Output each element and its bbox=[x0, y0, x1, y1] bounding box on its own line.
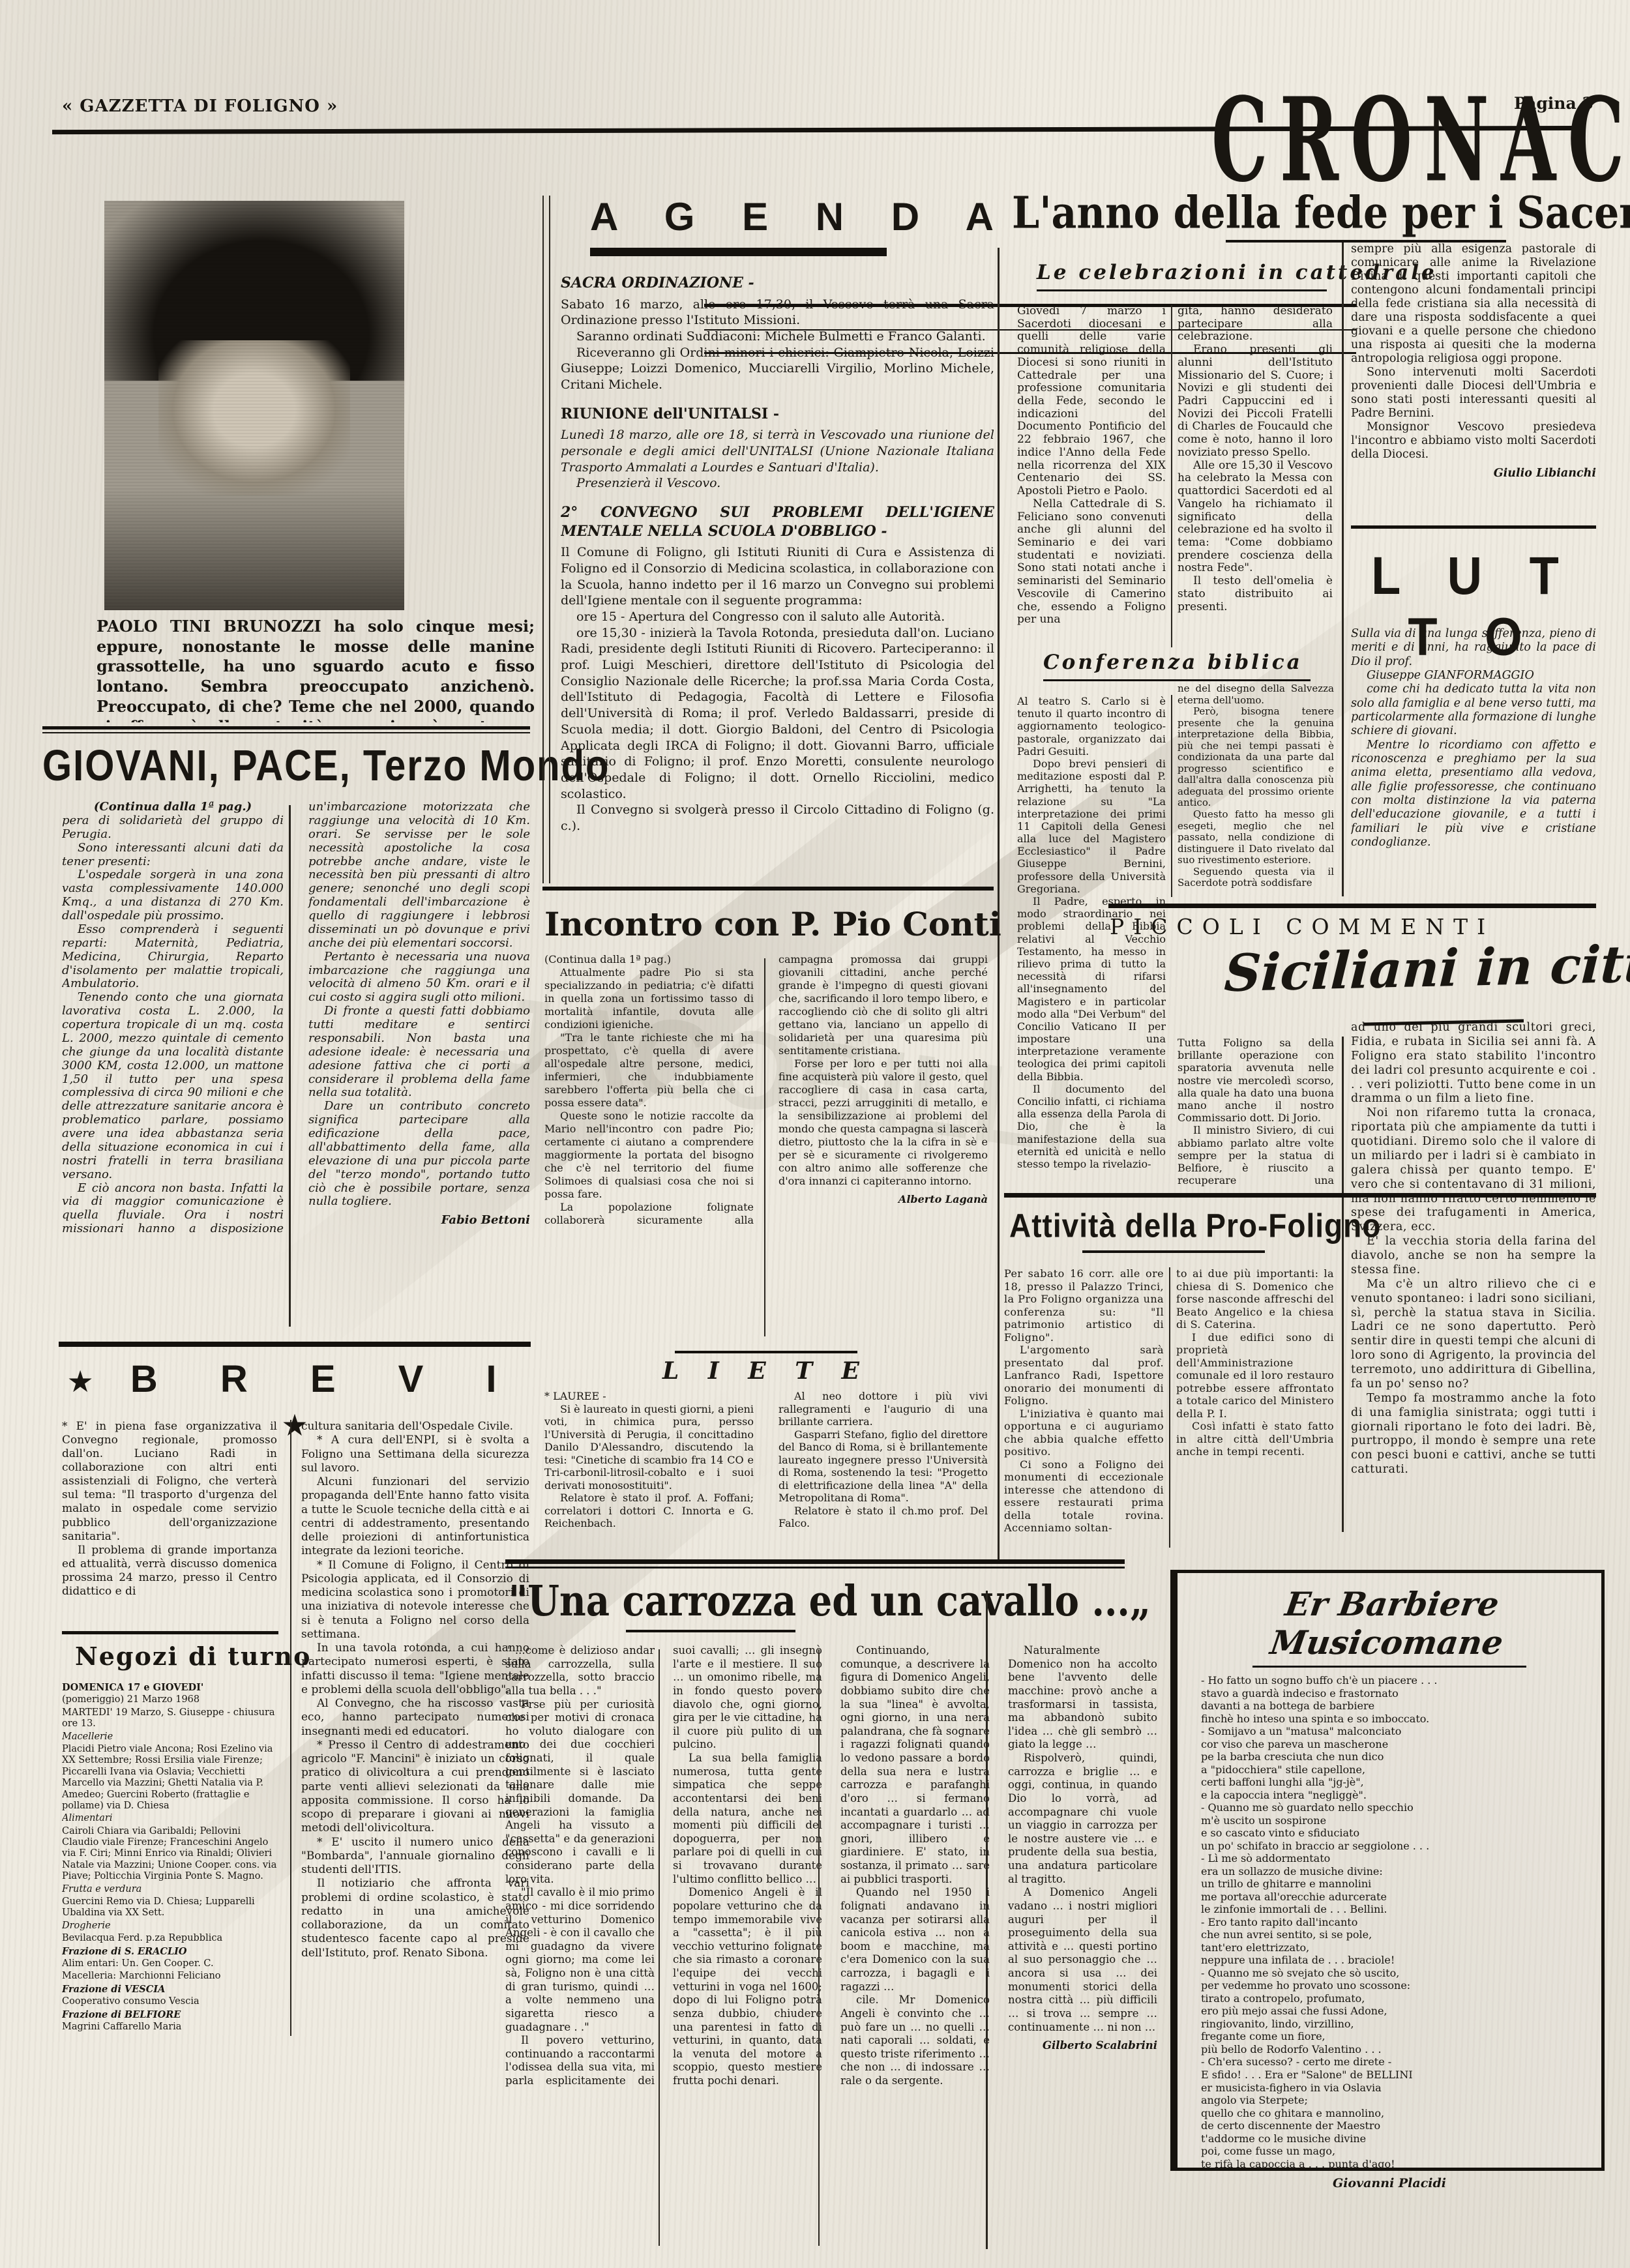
brevi-col2: cultura sanitaria dell'Ospedale Civile.*… bbox=[301, 1420, 529, 2038]
paragraph: Esso comprenderà i seguenti reparti: Mat… bbox=[62, 923, 284, 991]
paragraph: Si è laureato in questi giorni, a pieni … bbox=[544, 1403, 754, 1492]
profoligno-col1: Per sabato 16 corr. alle ore 18, presso … bbox=[1004, 1267, 1164, 1555]
paragraph: Pertanto è necessaria una nuova imbarcaz… bbox=[308, 950, 530, 1005]
paragraph: Alcuni funzionari del servizio propagand… bbox=[301, 1475, 529, 1559]
poem-line: per vedemme ho provato uno scossone: bbox=[1201, 1979, 1601, 1992]
baby-photo bbox=[104, 201, 404, 610]
barbiere-poem: - Ho fatto un sogno buffo ch'è un piacer… bbox=[1178, 1674, 1601, 2170]
poem-line: davanti a na bottega de barbiere bbox=[1201, 1700, 1601, 1713]
barbiere-box: Er Barbiere Musicomane - Ho fatto un sog… bbox=[1170, 1570, 1605, 2171]
paragraph: Attualmente padre Pio si sta specializza… bbox=[544, 966, 754, 1031]
paragraph: Il notiziario che affronta vari problemi… bbox=[301, 1877, 529, 1960]
column-rule bbox=[290, 1420, 291, 2036]
paragraph: Mentre lo ricordiamo con affetto e ricon… bbox=[1351, 739, 1596, 850]
paragraph: L'ospedale sorgerà in una zona vasta com… bbox=[62, 868, 284, 923]
column-rule bbox=[1171, 305, 1172, 647]
paragraph: Noi non rifaremo tutta la cronaca, ripor… bbox=[1351, 1106, 1596, 1235]
poem-line: m'è uscito un sospirone bbox=[1201, 1814, 1601, 1827]
incontro-article: (Continua dalla 1ª pag.)Attualmente padr… bbox=[544, 953, 988, 1344]
agenda-body: SACRA ORDINAZIONE - Sabato 16 marzo, all… bbox=[561, 274, 994, 881]
paragraph: Il documento del Concilio infatti, ci ri… bbox=[1017, 1083, 1166, 1170]
siciliani-headline: Siciliani in città bbox=[1223, 934, 1630, 1003]
paragraph: * Presso il Centro di addestramento agri… bbox=[301, 1739, 529, 1836]
paragraph: come chi ha dedicato tutta la vita non s… bbox=[1351, 683, 1596, 738]
paragraph: Gasparri Stefano, figlio del direttore d… bbox=[778, 1428, 988, 1505]
carrozza-rule bbox=[505, 1559, 1125, 1564]
paragraph: Tutta Foligno sa della brillante operazi… bbox=[1178, 1037, 1334, 1124]
paragraph: Relatore è stato il prof. A. Foffani; co… bbox=[544, 1492, 754, 1530]
poem-line: t'addorme co le musiche divine bbox=[1201, 2132, 1601, 2145]
poem-line: tant'ero elettrizzato, bbox=[1201, 1941, 1601, 1954]
paragraph: ad uno dei più grandi scultori greci, Fi… bbox=[1351, 1021, 1596, 1106]
column-rule bbox=[1342, 243, 1344, 896]
paragraph: Al Convegno, che ha riscosso vasta eco, … bbox=[301, 1697, 529, 1739]
incontro-body: (Continua dalla 1ª pag.)Attualmente padr… bbox=[544, 953, 988, 1227]
paragraph: Tenendo conto che una giornata lavorativ… bbox=[62, 991, 284, 1181]
profoligno-rule bbox=[1004, 1193, 1596, 1198]
paragraph: Dare un contributo concreto significa pa… bbox=[308, 1100, 530, 1209]
agenda-title: A G E N D A bbox=[590, 194, 1012, 239]
liete-body: * LAUREE -Si è laureato in questi giorni… bbox=[544, 1390, 988, 1552]
fede-col3-text: sempre più alla esigenza pastorale di co… bbox=[1351, 243, 1596, 462]
paragraph: Sono interessanti alcuni dati da tener p… bbox=[62, 842, 284, 869]
paragraph: Però, bisogna tenere presente che la gen… bbox=[1178, 706, 1334, 809]
brevi-rule bbox=[59, 1342, 531, 1347]
carrozza-rule bbox=[505, 1567, 1125, 1568]
poem-line: - Quanno me sò guardato nello specchio bbox=[1201, 1801, 1601, 1814]
giovani-headline: GIOVANI, PACE, Terzo Mondo bbox=[42, 741, 610, 791]
paragraph: Erano presenti gli alunni dell'Istituto … bbox=[1178, 344, 1333, 459]
negozi-row: Magrini Caffarello Maria bbox=[62, 2022, 278, 2033]
column-rule bbox=[289, 805, 291, 1327]
negozi-row: Alimentari bbox=[62, 1813, 278, 1824]
liete-text: * LAUREE -Si è laureato in questi giorni… bbox=[544, 1390, 988, 1552]
agenda-item-body: Il Comune di Foligno, gli Istituti Riuni… bbox=[561, 544, 994, 834]
paragraph: Sono intervenuti molti Sacerdoti proveni… bbox=[1351, 366, 1596, 420]
negozi-row: (pomeriggio) 21 Marzo 1968 bbox=[62, 1694, 278, 1705]
paragraph: * A cura dell'ENPI, si è svolta a Folign… bbox=[301, 1434, 529, 1475]
agenda-underline bbox=[590, 248, 887, 256]
paragraph: Giovedì 7 marzo i Sacerdoti diocesani e … bbox=[1017, 305, 1166, 498]
barbiere-title: Er Barbiere Musicomane bbox=[1172, 1585, 1607, 1662]
profoligno-headline: Attività della Pro-Foligno bbox=[1009, 1206, 1381, 1244]
paragraph: Relatore è stato il ch.mo prof. Del Falc… bbox=[778, 1505, 988, 1530]
paragraph: * E' uscito il numero unico della "Bomba… bbox=[301, 1836, 529, 1878]
fede-col3: sempre più alla esigenza pastorale di co… bbox=[1351, 243, 1596, 522]
negozi-row: DOMENICA 17 e GIOVEDI' bbox=[62, 1682, 278, 1693]
poem-line: le zinfonie immortali de . . . Bellini. bbox=[1201, 1903, 1601, 1916]
poem-line: te rifà la capoccia a . . . punta d'ago! bbox=[1201, 2158, 1601, 2170]
continuation-note: (Continua dalla 1ª pag.) bbox=[62, 801, 284, 814]
column-rule bbox=[549, 196, 550, 883]
column-rule bbox=[986, 1591, 988, 2249]
poem-line: - Quanno me sò svejato che sò uscito, bbox=[1201, 1967, 1601, 1980]
paragraph: Il problema di grande importanza ed attu… bbox=[62, 1544, 277, 1598]
negozi-row: Macellerie bbox=[62, 1731, 278, 1743]
paragraph: Sabato 16 marzo, alle ore 17,30, il Vesc… bbox=[561, 297, 994, 329]
liete-rule bbox=[675, 1351, 857, 1353]
paragraph: * E' in piena fase organizzativa il Conv… bbox=[62, 1420, 277, 1544]
poem-line: stavo a guardà indeciso e frastornato bbox=[1201, 1687, 1601, 1700]
conferenza-col2: ne del disegno della Salvezza eterna del… bbox=[1178, 683, 1334, 898]
poem-line: che nun avrei sentito, si se pole, bbox=[1201, 1928, 1601, 1941]
paragraph: Al neo dottore i più vivi rallegramenti … bbox=[778, 1390, 988, 1428]
paragraph: sempre più alla esigenza pastorale di co… bbox=[1351, 243, 1596, 366]
negozi-row: Macelleria: Marchionni Feliciano bbox=[62, 1971, 278, 1982]
poem-line: - Lì me sò addormentato bbox=[1201, 1852, 1601, 1865]
poem-line: er musicista-fighero in via Oslavia bbox=[1201, 2082, 1601, 2095]
paragraph: Questo fatto ha messo gli esegeti, megli… bbox=[1178, 809, 1334, 866]
carrozza-body: " ...come è delizioso andar sulla carroz… bbox=[505, 1644, 1157, 2088]
paragraph: Queste sono le notizie raccolte da Mario… bbox=[544, 1110, 754, 1201]
column-rule bbox=[542, 196, 544, 883]
agenda-item-head: RIUNIONE dell'UNITALSI - bbox=[561, 405, 994, 424]
poem-line: neppure una infilata de . . . braciole! bbox=[1201, 1954, 1601, 1967]
paragraph: A Domenico Angeli vadano … i nostri migl… bbox=[1008, 1886, 1157, 2034]
poem-line: finchè ho inteso una spinta e so imbocca… bbox=[1201, 1713, 1601, 1726]
paragraph: La sua bella famiglia numerosa, tutta ge… bbox=[673, 1752, 822, 1886]
poem-line: ringiovanito, lindo, virzillino, bbox=[1201, 2018, 1601, 2031]
paragraph: Così infatti è stato fatto in altre citt… bbox=[1176, 1420, 1334, 1458]
poem-line: E sfido! . . . Era er "Salone" de BELLIN… bbox=[1201, 2069, 1601, 2082]
lutto-rule bbox=[1351, 525, 1596, 529]
paragraph: Per sabato 16 corr. alle ore 18, presso … bbox=[1004, 1267, 1164, 1344]
paragraph: Il Comune di Foligno, gli Istituti Riuni… bbox=[561, 544, 994, 609]
poem-line: era un sollazzo de musiche divine: bbox=[1201, 1865, 1601, 1878]
siciliani-colB: ad uno dei più grandi scultori greci, Fi… bbox=[1351, 1021, 1596, 1536]
paragraph: "Tra le tante richieste che mi ha prospe… bbox=[544, 1031, 754, 1110]
paragraph: (Continua dalla 1ª pag.) bbox=[544, 953, 754, 966]
masthead: « GAZZETTA DI FOLIGNO » bbox=[62, 96, 338, 116]
paragraph: gita, hanno desiderato partecipare alla … bbox=[1178, 305, 1333, 344]
paragraph: Forse per loro e per tutti noi alla fine… bbox=[778, 1057, 988, 1188]
paragraph: Monsignor Vescovo presiedeva l'incontro … bbox=[1351, 420, 1596, 462]
negozi-list: DOMENICA 17 e GIOVEDI'(pomeriggio) 21 Ma… bbox=[62, 1682, 278, 2059]
poem-line: più bello de Rodorfo Valentino . . . bbox=[1201, 2043, 1601, 2056]
paragraph: Di fronte a questi fatti dobbiamo tutti … bbox=[308, 1005, 530, 1100]
piccoli-rule bbox=[1108, 904, 1596, 908]
poem-line: certi baffoni lunghi alla "jg-jè", bbox=[1201, 1776, 1601, 1789]
paragraph: Seguendo questa via il Sacerdote potrà s… bbox=[1178, 866, 1334, 889]
paragraph: Quando nel 1950 i folignati andavano in … bbox=[840, 1886, 990, 1994]
poem-line: me portava all'orecchie adurcerate bbox=[1201, 1891, 1601, 1904]
fede-subhead-rule bbox=[1037, 289, 1327, 291]
paragraph: Alle ore 15,30 il Vescovo ha celebrato l… bbox=[1178, 460, 1333, 575]
carrozza-underline bbox=[626, 1630, 795, 1632]
agenda-item-body: Sabato 16 marzo, alle ore 17,30, il Vesc… bbox=[561, 297, 994, 393]
brevi-title: B R E V I bbox=[130, 1358, 523, 1400]
poem-line: - Somijavo a un "matusa" malconciato bbox=[1201, 1725, 1601, 1738]
agenda-item-head: SACRA ORDINAZIONE - bbox=[561, 274, 994, 293]
poem-line: e so cascato vinto e sfiduciato bbox=[1201, 1827, 1601, 1840]
negozi-row: Drogherie bbox=[62, 1921, 278, 1932]
column-rule bbox=[1169, 1267, 1170, 1548]
paragraph: L'argomento sarà presentato dal prof. La… bbox=[1004, 1344, 1164, 1407]
poem-line: tirato a contropelo, profumato, bbox=[1201, 1992, 1601, 2005]
paragraph: Saranno ordinati Suddiaconi: Michele Bul… bbox=[561, 329, 994, 345]
liete-title: L I E T E bbox=[544, 1357, 988, 1385]
paragraph: Riceveranno gli Ordini minori i chierici… bbox=[561, 345, 994, 393]
profoligno-underline bbox=[1082, 1250, 1265, 1253]
paragraph: Ci sono a Foligno dei monumenti di eccez… bbox=[1004, 1458, 1164, 1535]
profoligno-col2: to ai due più importanti: la chiesa di S… bbox=[1176, 1267, 1334, 1555]
agenda-item-head: 2° CONVEGNO SUI PROBLEMI DELL'IGIENE MEN… bbox=[561, 503, 994, 540]
carrozza-headline: "Una carrozza ed un cavallo ...„ bbox=[509, 1576, 1151, 1626]
paragraph: ore 15 - Apertura del Congresso con il s… bbox=[561, 609, 994, 625]
giovani-body: pera di solidarietà del gruppo di Perugi… bbox=[62, 801, 530, 1236]
agenda-item-body: Lunedì 18 marzo, alle ore 18, si terrà i… bbox=[561, 427, 994, 492]
paragraph: E' la vecchia storia della farina del di… bbox=[1351, 1235, 1596, 1278]
piccoli-head: PICCOLI COMMENTI bbox=[1110, 914, 1494, 939]
column-rule bbox=[818, 1649, 820, 2246]
barbiere-title-rule bbox=[1252, 1666, 1526, 1668]
photo-caption: PAOLO TINI BRUNOZZI ha solo cinque mesi;… bbox=[96, 617, 535, 722]
poem-line: e la capoccia intera "negliggè". bbox=[1201, 1789, 1601, 1802]
negozi-row: Guercini Remo via D. Chiesa; Lupparelli … bbox=[62, 1896, 278, 1919]
star-icon: ★ bbox=[67, 1364, 93, 1399]
negozi-row: Bevilacqua Ferd. p.za Repubblica bbox=[62, 1933, 278, 1944]
section-rule bbox=[42, 726, 530, 729]
paragraph: Tempo fa mostrammo anche la foto di una … bbox=[1351, 1392, 1596, 1477]
photo-grain bbox=[104, 201, 404, 610]
conferenza-subhead: Conferenza biblica bbox=[1043, 651, 1303, 674]
paragraph: Naturalmente Domenico non ha accolto ben… bbox=[1008, 1644, 1157, 1752]
paragraph: " ...come è delizioso andar sulla carroz… bbox=[505, 1644, 655, 1698]
paragraph: Frse più per curiosità che per motivi di… bbox=[505, 1698, 655, 1887]
poem-line: angolo via Sterpete; bbox=[1201, 2094, 1601, 2107]
paragraph: ore 15,30 - inizierà la Tavola Rotonda, … bbox=[561, 625, 994, 803]
paragraph: to ai due più importanti: la chiesa di S… bbox=[1176, 1267, 1334, 1331]
incontro-rule bbox=[542, 887, 994, 891]
poem-line: cor viso che pareva un mascherone bbox=[1201, 1738, 1601, 1751]
poem-line: ero più mejo assai che fussi Adone, bbox=[1201, 2005, 1601, 2018]
column-rule bbox=[1342, 1037, 1344, 1532]
barbiere-byline: Giovanni Placidi bbox=[1178, 2176, 1601, 2190]
negozi-row: Frazione di BELFIORE bbox=[62, 2009, 278, 2020]
poem-line: - Ho fatto un sogno buffo ch'è un piacer… bbox=[1201, 1674, 1601, 1687]
carrozza-byline: Gilberto Scalabrini bbox=[1008, 2039, 1157, 2053]
poem-line: quello che co ghitara e mannolino, bbox=[1201, 2107, 1601, 2120]
paragraph: Domenico Angeli è il popolare vetturino … bbox=[673, 1886, 822, 2087]
brevi-col1: * E' in piena fase organizzativa il Conv… bbox=[62, 1420, 277, 1627]
fede-headline: L'anno della fede per i Sacerdoti bbox=[1012, 188, 1630, 239]
paragraph: cultura sanitaria dell'Ospedale Civile. bbox=[301, 1420, 529, 1434]
paragraph: In una tavola rotonda, a cui hanno parte… bbox=[301, 1642, 529, 1697]
poem-line: a "pidocchiera" stile capellone, bbox=[1201, 1763, 1601, 1776]
poem-line: fregante come un fiore, bbox=[1201, 2030, 1601, 2043]
section-rule bbox=[42, 732, 530, 733]
paragraph: Sulla via di una lunga sofferenza, pieno… bbox=[1351, 627, 1596, 669]
paragraph: Il Convegno si svolgerà presso il Circol… bbox=[561, 802, 994, 834]
paragraph: Ma c'è un altro rilievo che ci e venuto … bbox=[1351, 1278, 1596, 1392]
siciliani-colA: Tutta Foligno sa della brillante operazi… bbox=[1178, 1037, 1334, 1188]
paragraph: Lunedì 18 marzo, alle ore 18, si terrà i… bbox=[561, 427, 994, 475]
poem-line: - Ch'era sucesso? - certo me direte - bbox=[1201, 2055, 1601, 2069]
column-rule bbox=[659, 1649, 660, 2246]
negozi-row: Frazione di VESCIA bbox=[62, 1984, 278, 1995]
conferenza-subhead-rule bbox=[1043, 679, 1311, 681]
fede-col1: Giovedì 7 marzo i Sacerdoti diocesani e … bbox=[1017, 305, 1166, 649]
giovani-byline: Fabio Bettoni bbox=[308, 1214, 530, 1228]
negozi-row: Cooperativo consumo Vescia bbox=[62, 1996, 278, 2007]
paragraph: Giuseppe GIANFORMAGGIO bbox=[1351, 669, 1596, 683]
negozi-row: Frutta e verdura bbox=[62, 1884, 278, 1895]
paragraph: Rispolverò, quindi, carrozza e briglie …… bbox=[1008, 1752, 1157, 1886]
paragraph: L'iniziativa è quanto mai opportuna e ci… bbox=[1004, 1407, 1164, 1458]
paragraph: Il testo dell'omelia è stato distribuito… bbox=[1178, 575, 1333, 613]
negozi-row: Placidi Pietro viale Ancona; Rosi Ezelin… bbox=[62, 1744, 278, 1812]
negozi-rule bbox=[62, 1631, 278, 1634]
giovani-article: (Continua dalla 1ª pag.) pera di solidar… bbox=[62, 801, 530, 1334]
paragraph: I due edifici sono di proprietà dell'Amm… bbox=[1176, 1331, 1334, 1421]
negozi-row: MARTEDI' 19 Marzo, S. Giuseppe - chiusur… bbox=[62, 1707, 278, 1730]
negozi-title: Negozi di turno bbox=[75, 1642, 311, 1671]
poem-line: pe la barba cresciuta che nun dico bbox=[1201, 1750, 1601, 1763]
incontro-headline: Incontro con P. Pio Conti bbox=[544, 905, 988, 943]
paragraph: Dopo brevi pensieri di meditazione espos… bbox=[1017, 758, 1166, 895]
poem-line: de certo discennente der Maestro bbox=[1201, 2119, 1601, 2132]
incontro-byline: Alberto Laganà bbox=[778, 1193, 988, 1206]
negozi-row: Frazione di S. ERACLIO bbox=[62, 1946, 278, 1957]
negozi-row: Cairoli Chiara via Garibaldi; Pellovini … bbox=[62, 1826, 278, 1883]
paragraph: Continuando, comunque, a descrivere la f… bbox=[840, 1644, 990, 1886]
poem-line: un trillo de ghitarre e mannolini bbox=[1201, 1878, 1601, 1891]
poem-line: poi, come fusse un mago, bbox=[1201, 2145, 1601, 2158]
paragraph: Nella Cattedrale di S. Feliciano sono co… bbox=[1017, 498, 1166, 626]
poem-line: - Ero tanto rapito dall'incanto bbox=[1201, 1916, 1601, 1929]
carrozza-article: " ...come è delizioso andar sulla carroz… bbox=[505, 1644, 1157, 2254]
paragraph: * Il Comune di Foligno, il Centro di Psi… bbox=[301, 1559, 529, 1642]
paragraph: ne del disegno della Salvezza eterna del… bbox=[1178, 683, 1334, 706]
lutto-body: Sulla via di una lunga sofferenza, pieno… bbox=[1351, 627, 1596, 898]
paragraph: pera di solidarietà del gruppo di Perugi… bbox=[62, 814, 284, 842]
newspaper-page: JACOBILLI « GAZZETTA DI FOLIGNO » Pagina… bbox=[0, 0, 1630, 2268]
fede-byline: Giulio Libianchi bbox=[1351, 467, 1596, 480]
negozi-row: Alim entari: Un. Gen Cooper. C. bbox=[62, 1958, 278, 1969]
paragraph: * LAUREE - bbox=[544, 1390, 754, 1403]
paragraph: cile. Mr Domenico Angeli è convinto che … bbox=[840, 1994, 990, 2087]
fede-col2: gita, hanno desiderato partecipare alla … bbox=[1178, 305, 1333, 649]
paragraph: Presenzierà il Vescovo. bbox=[561, 475, 994, 492]
column-rule bbox=[764, 958, 765, 1336]
poem-line: un po' schifato in braccio ar seggiolone… bbox=[1201, 1840, 1601, 1853]
paragraph: Il ministro Siviero, di cui abbiamo parl… bbox=[1178, 1124, 1334, 1188]
paragraph: "Il cavallo è il mio primo amico - mi di… bbox=[505, 1886, 655, 2034]
paragraph: Al teatro S. Carlo si è tenuto il quarto… bbox=[1017, 695, 1166, 758]
column-rule bbox=[1171, 695, 1172, 897]
